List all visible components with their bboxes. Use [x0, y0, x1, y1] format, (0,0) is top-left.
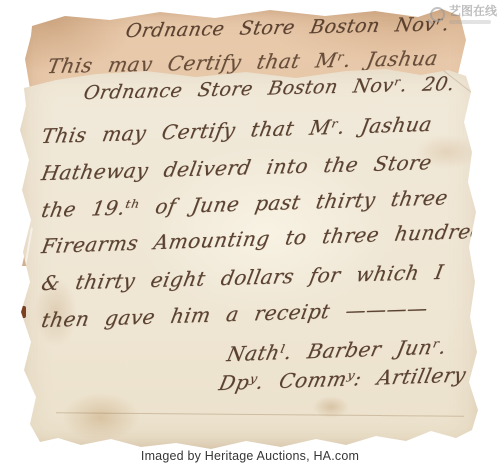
signature-name: Nathˡ. Barber Junʳ. — [225, 334, 449, 366]
body-line-1: This may Certify that Mʳ. Jashua — [40, 112, 434, 148]
edge-stain-chip — [17, 286, 26, 303]
signature-title: Dpʸ. Commʸ: Artillery — [217, 362, 469, 395]
paper-scratch — [17, 227, 33, 306]
edge-stain-chip — [20, 306, 26, 318]
watermark-subtext-bar — [449, 20, 491, 24]
watermark-text: 艺图在线 — [449, 5, 497, 18]
front-document-sheet: Ordnance Store Boston Novʳ. 20. 1776 Thi… — [16, 62, 484, 454]
body-line-2: Hatheway deliverd into the Store — [40, 150, 434, 185]
photo-canvas: Ordnance Store Boston Novʳ. 20. 1776 Thi… — [0, 0, 500, 469]
body-line-6: then gave him a receipt ———— — [40, 296, 430, 332]
magnifier-icon — [430, 7, 445, 22]
fold-crease — [56, 412, 464, 417]
watermark-text-block: 艺图在线 — [449, 5, 497, 24]
auction-caption: Imaged by Heritage Auctions, HA.com — [0, 449, 500, 463]
body-line-5: & thirty eight dollars for which I — [40, 260, 446, 295]
body-line-3: the 19.ᵗʰ of June past thirty three — [40, 185, 450, 222]
site-watermark: 艺图在线 — [430, 5, 497, 24]
body-line-4: Firearms Amounting to three hundred — [40, 219, 487, 259]
edge-stain-chip — [19, 322, 24, 332]
